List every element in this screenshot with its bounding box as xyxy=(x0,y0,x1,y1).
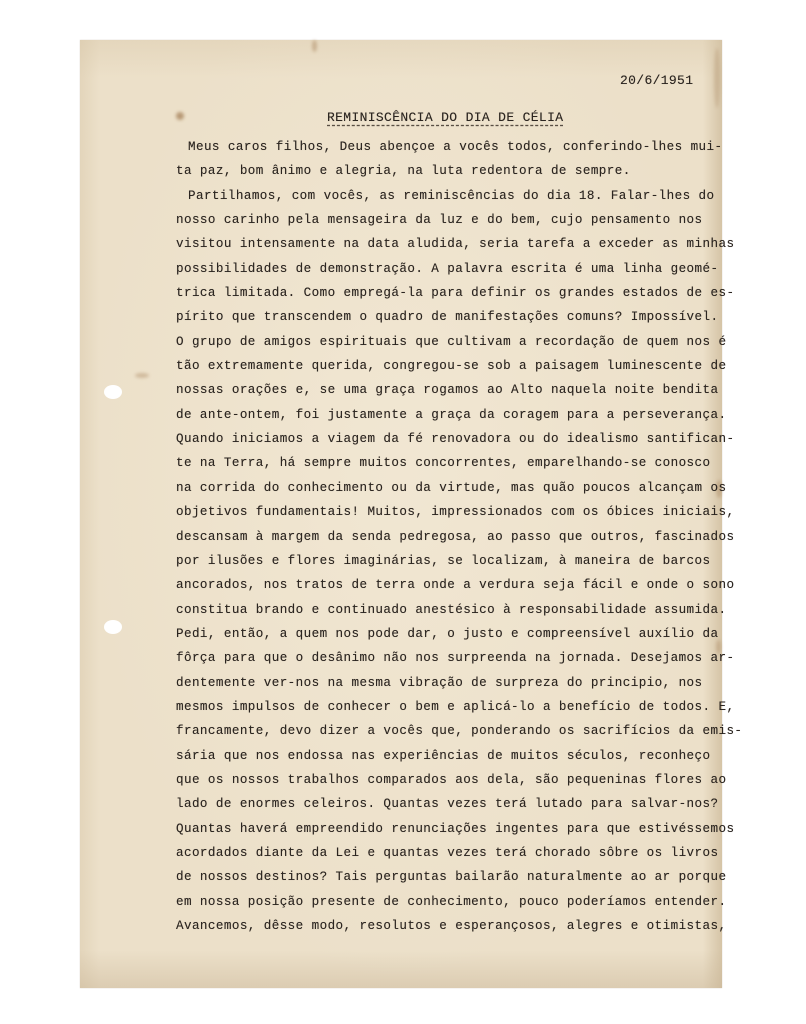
text-line: acordados diante da Lei e quantas vezes … xyxy=(176,841,742,865)
text-line: fôrça para que o desânimo não nos surpre… xyxy=(176,646,742,670)
punch-hole xyxy=(104,385,122,399)
punch-hole xyxy=(104,620,122,634)
text-line: de ante-ontem, foi justamente a graça da… xyxy=(176,403,742,427)
text-line: lado de enormes celeiros. Quantas vezes … xyxy=(176,792,742,816)
text-line: ta paz, bom ânimo e alegria, na luta red… xyxy=(176,159,742,183)
text-line: O grupo de amigos espirituais que cultiv… xyxy=(176,330,742,354)
text-line: sária que nos endossa nas experiências d… xyxy=(176,744,742,768)
paper-stain xyxy=(312,40,317,52)
text-line: descansam à margem da senda pedregosa, a… xyxy=(176,525,742,549)
text-line: francamente, devo dizer a vocês que, pon… xyxy=(176,719,742,743)
text-line: possibilidades de demonstração. A palavr… xyxy=(176,257,742,281)
text-line: que os nossos trabalhos comparados aos d… xyxy=(176,768,742,792)
text-line: nosso carinho pela mensageira da luz e d… xyxy=(176,208,742,232)
text-line: em nossa posição presente de conheciment… xyxy=(176,890,742,914)
text-line: Avancemos, dêsse modo, resolutos e esper… xyxy=(176,914,742,938)
text-line: Partilhamos, com vocês, as reminiscência… xyxy=(176,184,742,208)
text-line: por ilusões e flores imaginárias, se loc… xyxy=(176,549,742,573)
text-line: te na Terra, há sempre muitos concorrent… xyxy=(176,451,742,475)
text-line: Quando iniciamos a viagem da fé renovado… xyxy=(176,427,742,451)
text-line: tão extremamente querida, congregou-se s… xyxy=(176,354,742,378)
text-line: visitou intensamente na data aludida, se… xyxy=(176,232,742,256)
text-line: de nossos destinos? Tais perguntas baila… xyxy=(176,865,742,889)
text-line: nossas orações e, se uma graça rogamos a… xyxy=(176,378,742,402)
paper-stain xyxy=(176,112,184,120)
document-body: Meus caros filhos, Deus abençoe a vocês … xyxy=(176,135,742,938)
typewritten-page: 20/6/1951 REMINISCÊNCIA DO DIA DE CÉLIA … xyxy=(80,40,722,988)
document-title: REMINISCÊNCIA DO DIA DE CÉLIA xyxy=(327,110,563,125)
text-line: ancorados, nos tratos de terra onde a ve… xyxy=(176,573,742,597)
text-line: trica limitada. Como empregá-la para def… xyxy=(176,281,742,305)
text-line: constitua brando e continuado anestésico… xyxy=(176,598,742,622)
text-line: Quantas haverá empreendido renunciações … xyxy=(176,817,742,841)
text-line: Pedi, então, a quem nos pode dar, o just… xyxy=(176,622,742,646)
text-line: objetivos fundamentais! Muitos, impressi… xyxy=(176,500,742,524)
document-date: 20/6/1951 xyxy=(620,73,693,88)
text-line: pírito que transcendem o quadro de manif… xyxy=(176,305,742,329)
text-line: dentemente ver-nos na mesma vibração de … xyxy=(176,671,742,695)
text-line: na corrida do conhecimento ou da virtude… xyxy=(176,476,742,500)
text-line: Meus caros filhos, Deus abençoe a vocês … xyxy=(176,135,742,159)
paper-stain xyxy=(714,48,720,108)
text-line: mesmos impulsos de conhecer o bem e apli… xyxy=(176,695,742,719)
paper-stain xyxy=(135,373,149,378)
